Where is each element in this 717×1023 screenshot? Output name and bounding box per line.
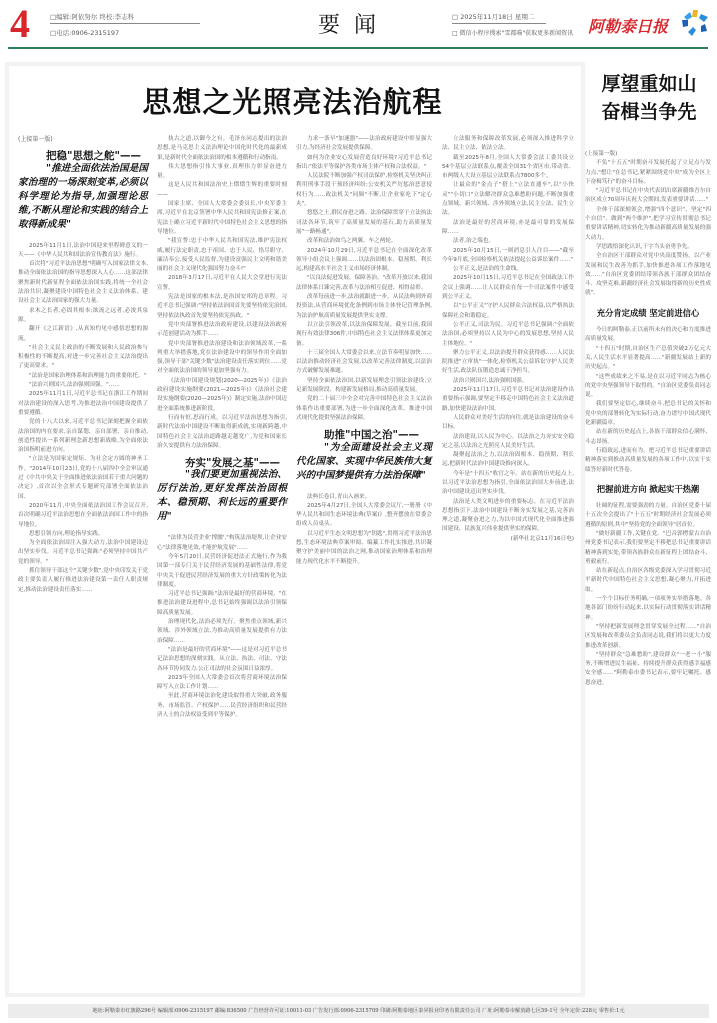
paragraph: 这是人民共和国法治史上熠熠生辉的重要时刻—— xyxy=(157,181,287,200)
paragraph: 法者,治之端也。 xyxy=(442,237,574,246)
paragraph: "十四五"时期,自治区生产总值突破2万亿元大关,人民生活水平显著提高……"新疆发… xyxy=(585,345,711,373)
paragraph: "法治是国家治理体系和治理能力的重要依托。" xyxy=(18,372,148,381)
paragraph: 改革和法治如鸟之两翼、车之两轮。 xyxy=(296,237,432,246)
paragraph: "以良法促进发展、保障善治。"改革开放以来,我国法律体系日臻完善,改革与法治相互… xyxy=(296,274,432,293)
paragraph: 不负"十五五"时期奋斗发展托起了立足点与发力点,"想让"在总书记,紧紧围绕党中央… xyxy=(585,159,711,187)
paragraph: 全体干部深刻领会,增强"四个意识"、坚定"四个自信"、做到"两个维护",把学习宣… xyxy=(585,206,711,243)
paragraph: 站在新起点,自治区各级党委深入学习贯彻习近平新时代中国特色社会主义思想,凝心聚力… xyxy=(585,567,711,595)
imprint-footer: 地址:阿勒泰市红旗路296号 编辑部:0906-2315197 邮编:83650… xyxy=(8,1004,709,1018)
paragraph: 思想引领方向,理论指导实践。 xyxy=(18,530,148,539)
article-column-4: 立法服务和保障改革发展,必须深入推进科学立法、民主立法、依法立法。 截至2025… xyxy=(442,135,574,544)
paragraph: 悠悠之土,群民奋进之路。法治保障贯穿于立法执法司法各环节,筑牢了高质量发展的基石… xyxy=(296,209,432,237)
divider xyxy=(452,23,546,24)
paragraph: 聚力公平正义,以法治提升群众获得感……人民法院推进"立审执"一体化,检察机关公益… xyxy=(442,349,574,377)
paragraph: 2025年11月1日,习近平总书记在浙江工作期间对法治建设的深入思考,为推进法治… xyxy=(18,390,148,418)
issue-date: □ 2025年11月18日 星期二 xyxy=(452,12,534,21)
paragraph: 法典长卷目,青山入画来。 xyxy=(296,493,432,502)
subhead-quote: "我们要更加重视法治、厉行法治,更好发挥法治固根本、稳预期、利长远的重要作用" xyxy=(157,468,287,524)
paragraph: 党中央部署推进法治建设和法治领域改革,一系列重大举措落地,党在法治建设中的领导作… xyxy=(157,340,287,377)
paragraph: 行而有恒,思而行成。以习近平法治思想为指引,新时代法治中国建设不断取得新成就,实… xyxy=(157,414,287,451)
paragraph: 2024年10月29日,习近平总书记在全面深化改革领导小组会议上强调……以法治固… xyxy=(296,247,432,275)
article-column-1: (上接第一版) 把稳"思想之舵"—— "推进全面依法治国是国家治理的一场深刻变革… xyxy=(18,135,148,595)
paragraph: 党中央部署推进法治政府建设,以建设法治政府示范创建活动为抓手…… xyxy=(157,321,287,340)
paragraph: 国家主席、全国人大常委会委员长,中央军委主席,习近平在北京签署中华人民共和国宪法… xyxy=(157,200,287,237)
sidebar-title-line-1: 厚望重如山 xyxy=(585,70,713,98)
editor-credit: □编辑:阿依努尔 终校:李志科 xyxy=(50,12,134,21)
paragraph: 至此,营商环境法治化建设取得重大突破,政务服务、市场监管、产权保护……民营经济组… xyxy=(157,692,287,720)
paragraph: 伟大思想指引伟大事业,真理伟力彰显奋进力量。 xyxy=(157,163,287,182)
sidebar-article: 厚望重如山 奋楫当争先 (上接第一版) 不负"十五五"时期奋斗发展托起了立足点与… xyxy=(585,70,713,688)
paragraph: 求木之长者,必固其根本;欲流之远者,必浚其泉源。 xyxy=(18,307,148,326)
paragraph: 坚持全面依法治国,以新发展理念引领法治建设,立足新发展阶段、构建新发展格局,推动… xyxy=(296,377,432,396)
paragraph: 人民法院不断加强产权司法保护,检察机关坚决纠正利用刑事手段干预经济纠纷;公安机关… xyxy=(296,172,432,209)
paragraph: 2025年11月17日,习近平总书记对法治建设作出重要指示强调,要坚定不移走中国… xyxy=(442,386,574,414)
newspaper-brand: 阿勒泰日报 xyxy=(588,14,668,37)
paragraph: "社会主义民主政治的不断发展和人民政治参与积极性的不断提高,对进一步完善社会主义… xyxy=(18,344,148,372)
paragraph: "习近平总书记在中央代表团出席新疆维吾尔自治区成立70周年庆祝大会期间,发表重要… xyxy=(585,187,711,206)
paragraph: 执古之道,以御今之有。毛泽东同志提出的法治思想,是马克思主义法治理论中国化时代化… xyxy=(157,135,287,163)
masthead: 4 □编辑:阿依努尔 终校:李志科 □电话:0906-2315197 要闻 □ … xyxy=(0,0,717,50)
paragraph: 法治建设,以人民为中心。以法治之力夯实安全稳定之基,以法治之光照亮人民美好生活。 xyxy=(442,433,574,452)
paragraph: 翻开《之江新语》,从真知灼见中感悟思想的源流。 xyxy=(18,325,148,344)
divider xyxy=(50,23,200,24)
subhead-3: 助推"中国之治"—— "为全面建设社会主义现代化国家、实现中华民族伟大复兴的中国… xyxy=(296,431,432,482)
paragraph: 站在新的历史起点上,各族干部群众信心满怀、斗志昂扬。 xyxy=(585,428,711,447)
paragraph: 立法服务和保障改革发展,必须深入推进科学立法、民主立法、依法立法。 xyxy=(442,135,574,154)
paragraph: 人民群众对美好生活的向往,就是法治建设的奋斗目标。 xyxy=(442,414,574,433)
paragraph: 以"公平正义"守护人民群众合法权益,以严格执法保障社会和谐稳定。 xyxy=(442,302,574,321)
paragraph: "法治是最好的营商环境"——这是对习近平总书记法治思想的深刻实践。从立法、执法、… xyxy=(157,646,287,674)
paragraph: 全自治区干部群众对党中央高度赞扬。以产业发展和民生改善为抓手,加快推进各项工作落… xyxy=(585,252,711,298)
paragraph: 党的十八大以来,习近平总书记深刻把握全面依法治国的内在要求,亲自谋划、亲自部署、… xyxy=(18,418,148,455)
paragraph: 治理现代化,法治必须先行。聚焦重点领域,新兴领域、涉外领域立法,为推动高质量发展… xyxy=(157,618,287,646)
paragraph: 法治是最好的营商环境,亦是最可靠的发展保障…… xyxy=(442,219,574,238)
star-logo-icon xyxy=(680,8,710,38)
sidebar-body: (上接第一版) 不负"十五五"时期奋斗发展托起了立足点与发力点,"想让"在总书记… xyxy=(585,150,711,688)
paragraph: "坚持群众"急难愁盼",建设群众"一老一小"服务,不断增进民生福祉、持续提升群众… xyxy=(585,651,711,688)
paragraph: 如何为企业安心发展营造良好环境?习近平总书记指出:"依法平等保护各类市场主体产权… xyxy=(296,154,432,173)
paragraph: 公平正义,司法为民。习近平总书记强调:"全面依法治国,必须坚持以人民为中心的发展… xyxy=(442,321,574,349)
article-column-3: 力求一条早"加速器"——法治政府建设中彰显强大引力,为经济社会发展提供保障。 如… xyxy=(296,135,432,567)
paragraph: 截至2025年8月,全国人大常委会法工委共设立54个基层立法联系点,覆盖全国31… xyxy=(442,154,574,182)
paragraph: "立法是为国家定规矩、为社会定方圆的神圣工作。"2014年10月23日,党的十八… xyxy=(18,455,148,501)
phone-number: □电话:0906-2315197 xyxy=(50,28,119,37)
paragraph: "法律为民营企业'撑腰',"构筑法治堤坝,让企业安心"法律落地见效,才能护航发展… xyxy=(157,534,287,553)
header-rule xyxy=(8,47,708,49)
paragraph: 《法治中国建设规划(2020—2025年)》《法治政府建设实施纲要(2021—2… xyxy=(157,377,287,414)
paragraph: 我们要坚定信心,继续奋斗,把总书记的关怀和党中央的部署转化为实际行动,奋力谱写中… xyxy=(585,400,711,428)
paragraph: 2025年10月15日,一则消息引人注目——"截至今年9月底,全国检察机关依法提… xyxy=(442,247,574,266)
continued-from: (上接第一版) xyxy=(585,150,711,159)
article-column-2: 执古之道,以御今之有。毛泽东同志提出的法治思想,是马克思主义法治理论中国化时代化… xyxy=(157,135,287,720)
paragraph: "法治兴则国兴,法治强则国强。"…… xyxy=(18,381,148,390)
paragraph: 为全面依法治国注入强大动力,法治中国建设迈出坚实步伐。习近平总书记强调:"必须坚… xyxy=(18,539,148,567)
paragraph: 今年是"十四五"收官之年。站在新的历史起点上,以习近平法治思想为指引,全面依法治… xyxy=(442,470,574,498)
sidebar-subhead-2: 把握前进方向 掀起实干热潮 xyxy=(585,485,711,494)
paragraph: 2020年11月,中央全面依法治国工作会议召开,首次明确习近平法治思想在全面依法… xyxy=(18,502,148,530)
paragraph: 党的二十届三中全会对完善中国特色社会主义法治体系作出重要部署,为进一步全面深化改… xyxy=(296,395,432,423)
paragraph: "我宣誓:忠于中华人民共和国宪法,维护宪法权威,履行法定职责,忠于祖国、忠于人民… xyxy=(157,237,287,274)
section-title: 要闻 xyxy=(318,8,390,39)
page-number: 4 xyxy=(10,4,30,44)
paragraph: 公平正义,是法治的生命线。 xyxy=(442,265,574,274)
paragraph: 2025年11月1日,法治中国迎来里程碑意义的一天——《中华人民共和国法治宣传教… xyxy=(18,242,148,261)
paragraph: 法治兴则国兴,法治强则国强。 xyxy=(442,377,574,386)
paragraph: 2018年3月17日,习近平在人民大会堂进行宪法宣誓。 xyxy=(157,274,287,293)
paragraph: 2025年10月15日,习近平总书记在全国政法工作会议上强调……让人民群众在每一… xyxy=(442,274,574,302)
paragraph: 今年5月20日,民营经济促进法正式施行,作为我国第一部专门关于民营经济发展的基础… xyxy=(157,553,287,590)
paragraph: 力求一条早"加速器"——法治政府建设中彰显强大引力,为经济社会发展提供保障。 xyxy=(296,135,432,154)
paragraph: 法治是人类文明进步的重要标志。在习近平法治思想指引下,法治中国建设不断夯实发展之… xyxy=(442,498,574,535)
continued-from: (上接第一版) xyxy=(18,135,148,144)
paragraph: 习近平总书记强调:"法治是最好的营商环境。"在推进法治建设进程中,总书记始终强调… xyxy=(157,590,287,618)
paragraph: 凝聚起法治之力,以法治固根本、稳预期、利长远,把新时代法治中国建设推向深入。 xyxy=(442,451,574,470)
paragraph: 改革每前进一步,法治就跟进一步。从民法典到外商投资法,从营商环境优化条例到市场主… xyxy=(296,293,432,321)
subhead-quote: "为全面建设社会主义现代化国家、实现中华民族伟大复兴的中国梦提供有力法治保障" xyxy=(296,441,432,483)
wechat-notice: □ 微信小程序搜索"雪都喵"获取更多新闻资讯 xyxy=(452,28,573,37)
article-headline: 思想之光照亮法治航程 xyxy=(0,80,585,121)
subhead-lead: 夯实"发展之基"—— xyxy=(157,459,287,468)
paragraph: 抓住领导干部这个"关键少数",党中央印发关于党政主要负责人履行推进法治建设第一责… xyxy=(18,567,148,595)
paragraph: 壮阔的征程,需要强劲的力量。自治区党委十届十五次全会提出了"十五五"时期经济社会… xyxy=(585,502,711,530)
dateline: (新华社北京11月16日电) xyxy=(442,535,574,544)
paragraph: "这些成绩来之不易,是在以习近平同志为核心的党中央坚强领导下取得的。"自治区党委… xyxy=(585,373,711,401)
paragraph: 2025年4月27日,全国人大常委会议厅,一册册《中华人民共和国生态环境法典(草… xyxy=(296,502,432,530)
paragraph: "坚持把新发展理念贯穿发展全过程……"自治区发展和改革委员会负责同志说,我们将以… xyxy=(585,623,711,651)
sidebar-title-line-2: 奋楫当争先 xyxy=(585,98,713,126)
subhead-lead: 把稳"思想之舵"—— xyxy=(18,152,148,161)
paragraph: 宪法是国家的根本法,是治国安邦的总章程。习近平总书记强调:"坚持依法治国首先要坚… xyxy=(157,293,287,321)
paragraph: 以立法引领改革,以法治保障发展。截至目前,我国现行有效法律306件,中国特色社会… xyxy=(296,321,432,349)
sidebar-subhead-1: 充分肯定成绩 坚定前进信心 xyxy=(585,309,711,318)
subhead-quote: "推进全面依法治国是国家治理的一场深刻变革,必须以科学理论为指导,加强理论思维,… xyxy=(18,162,148,232)
paragraph: 一个个目标任务明确,一项项务实举措落地。各地各部门纷纷行动起来,以实际行动贯彻落… xyxy=(585,595,711,623)
paragraph: 首次将"习近平法治思想"明确写入国家法律文本,推动全面依法治国的指导思想深入人心… xyxy=(18,260,148,306)
subhead-lead: 助推"中国之治"—— xyxy=(296,431,432,440)
subhead-1: 把稳"思想之舵"—— "推进全面依法治国是国家治理的一场深刻变革,必须以科学理论… xyxy=(18,152,148,231)
paragraph: 十三届全国人大常委会以来,立法节奏明显加快……以法治推动经济社会发展,以改革完善… xyxy=(296,349,432,377)
paragraph: 学思践悟深化认识,干字当头奋勇争先。 xyxy=(585,243,711,252)
paragraph: "做好新疆工作,关键在党。"巴音郭楞蒙古自治州党委书记表示,我们要坚定不移把总书… xyxy=(585,530,711,567)
paragraph: 2023年全国人大常委会首次将营商环境法治保障写入立法工作计划…… xyxy=(157,674,287,693)
paragraph: 行稳致远,进而有为。把习近平总书记重要讲话精神落实到推动高质量发展的各项工作中,… xyxy=(585,447,711,475)
paragraph: 今日的阿勒泰,正以前所未有的决心和力度推进高质量发展。 xyxy=(585,326,711,345)
subhead-2: 夯实"发展之基"—— "我们要更加重视法治、厉行法治,更好发挥法治固根本、稳预期… xyxy=(157,459,287,524)
paragraph: 让最众的"金点子"搭上"立法直通车",以"小快灵""小切口"立法解决群众急难愁盼… xyxy=(442,181,574,218)
paragraph: 以习近平生态文明思想为"钥匙",贯彻习近平法治思想,生态环境法典草案审阅、编纂工… xyxy=(296,530,432,567)
